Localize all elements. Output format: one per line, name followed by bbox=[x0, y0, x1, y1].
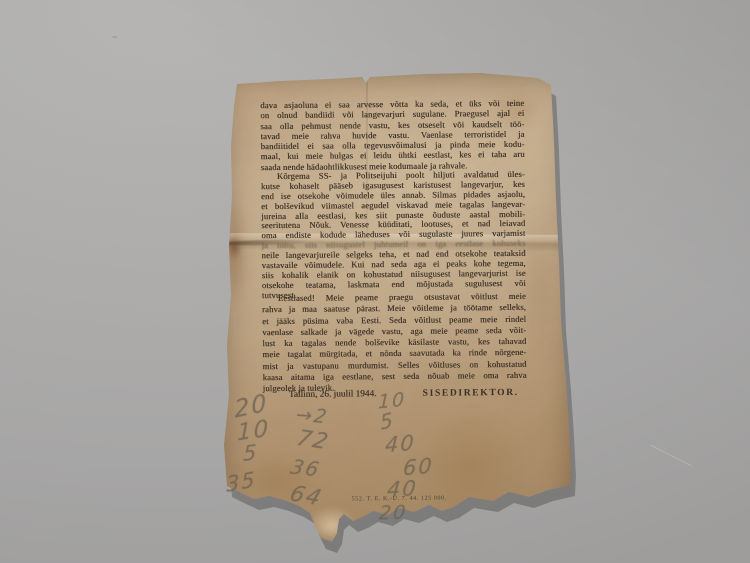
printer-imprint: 552. T. E. K.-Ü. 7. 44. 125 000. bbox=[352, 496, 447, 503]
paragraph-1: dava asjaoluna ei saa arvesse võtta ka s… bbox=[260, 98, 525, 172]
photo-background: dava asjaoluna ei saa arvesse võtta ka s… bbox=[0, 0, 750, 563]
surface-scratch bbox=[650, 445, 691, 467]
paragraph-2: Kõrgema SS- ja Politseijuhi poolt hiljut… bbox=[261, 170, 526, 301]
stain bbox=[226, 236, 242, 260]
document-text: dava asjaoluna ei saa arvesse võtta ka s… bbox=[260, 69, 528, 549]
signature: SISEDIREKTOR. bbox=[423, 387, 519, 399]
dateline-row: Tallinn, 26. juulil 1944. SISEDIREKTOR. bbox=[263, 387, 527, 400]
stain bbox=[222, 190, 248, 310]
paragraph-3: Eestlased! Meie peame praegu otsustavat … bbox=[262, 291, 527, 395]
dateline: Tallinn, 26. juulil 1944. bbox=[289, 389, 377, 400]
surface-speck bbox=[112, 36, 117, 38]
paper-document: dava asjaoluna ei saa arvesse võtta ka s… bbox=[220, 70, 576, 548]
